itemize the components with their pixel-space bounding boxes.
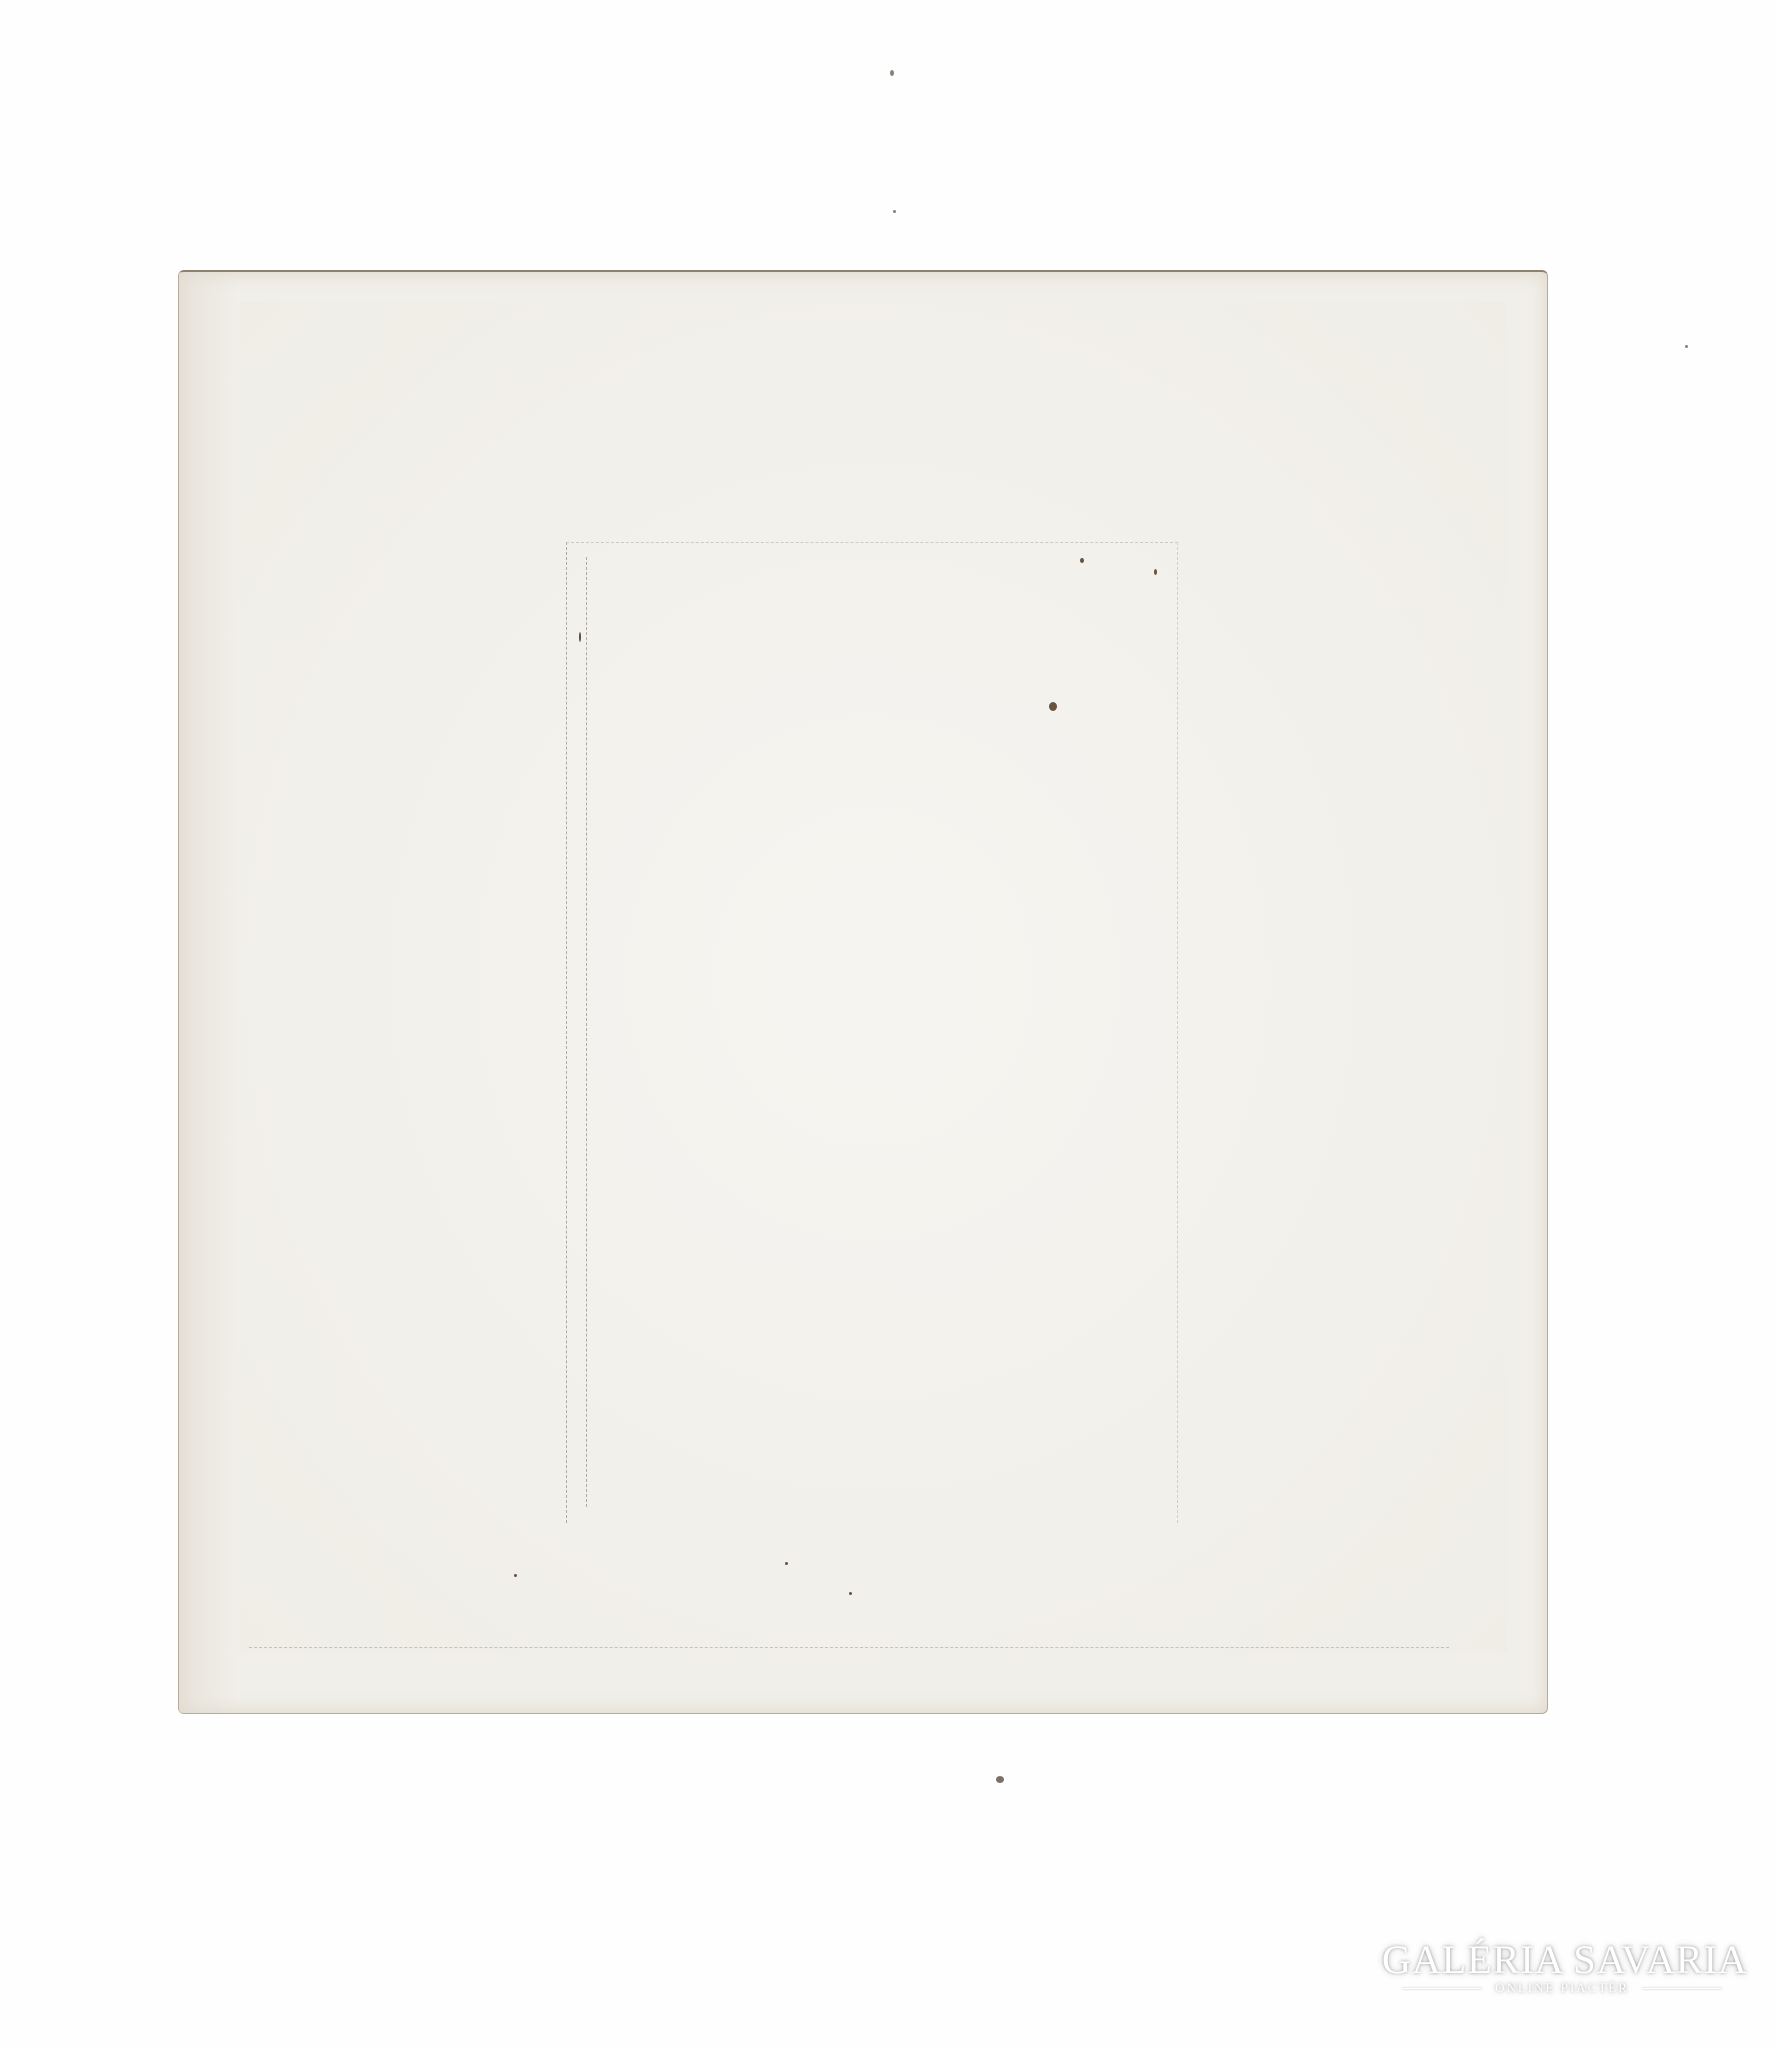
watermark-title: GALÉRIA SAVARIA — [1382, 1940, 1742, 1980]
watermark: GALÉRIA SAVARIA ONLINE PIACTÉR — [1382, 1940, 1742, 1996]
paper-speck — [514, 1574, 517, 1577]
watermark-subtitle: ONLINE PIACTÉR — [1382, 1980, 1742, 1996]
stray-speck — [893, 210, 896, 213]
paper-speck — [1154, 569, 1157, 575]
stray-speck — [996, 1776, 1004, 1783]
paper-left-shading — [179, 272, 239, 1713]
paper-sheet — [178, 270, 1548, 1714]
paper-speck — [1080, 558, 1084, 563]
plate-mark-bottom-edge — [249, 1647, 1449, 1649]
paper-speck — [785, 1562, 788, 1565]
stray-speck — [1685, 345, 1688, 348]
paper-speck — [849, 1592, 852, 1595]
paper-speck — [1049, 702, 1057, 711]
stray-speck — [890, 70, 894, 76]
scan-canvas: GALÉRIA SAVARIA ONLINE PIACTÉR — [0, 0, 1776, 2048]
paper-speck — [579, 632, 581, 642]
plate-mark-inner-edge — [586, 557, 1127, 1507]
